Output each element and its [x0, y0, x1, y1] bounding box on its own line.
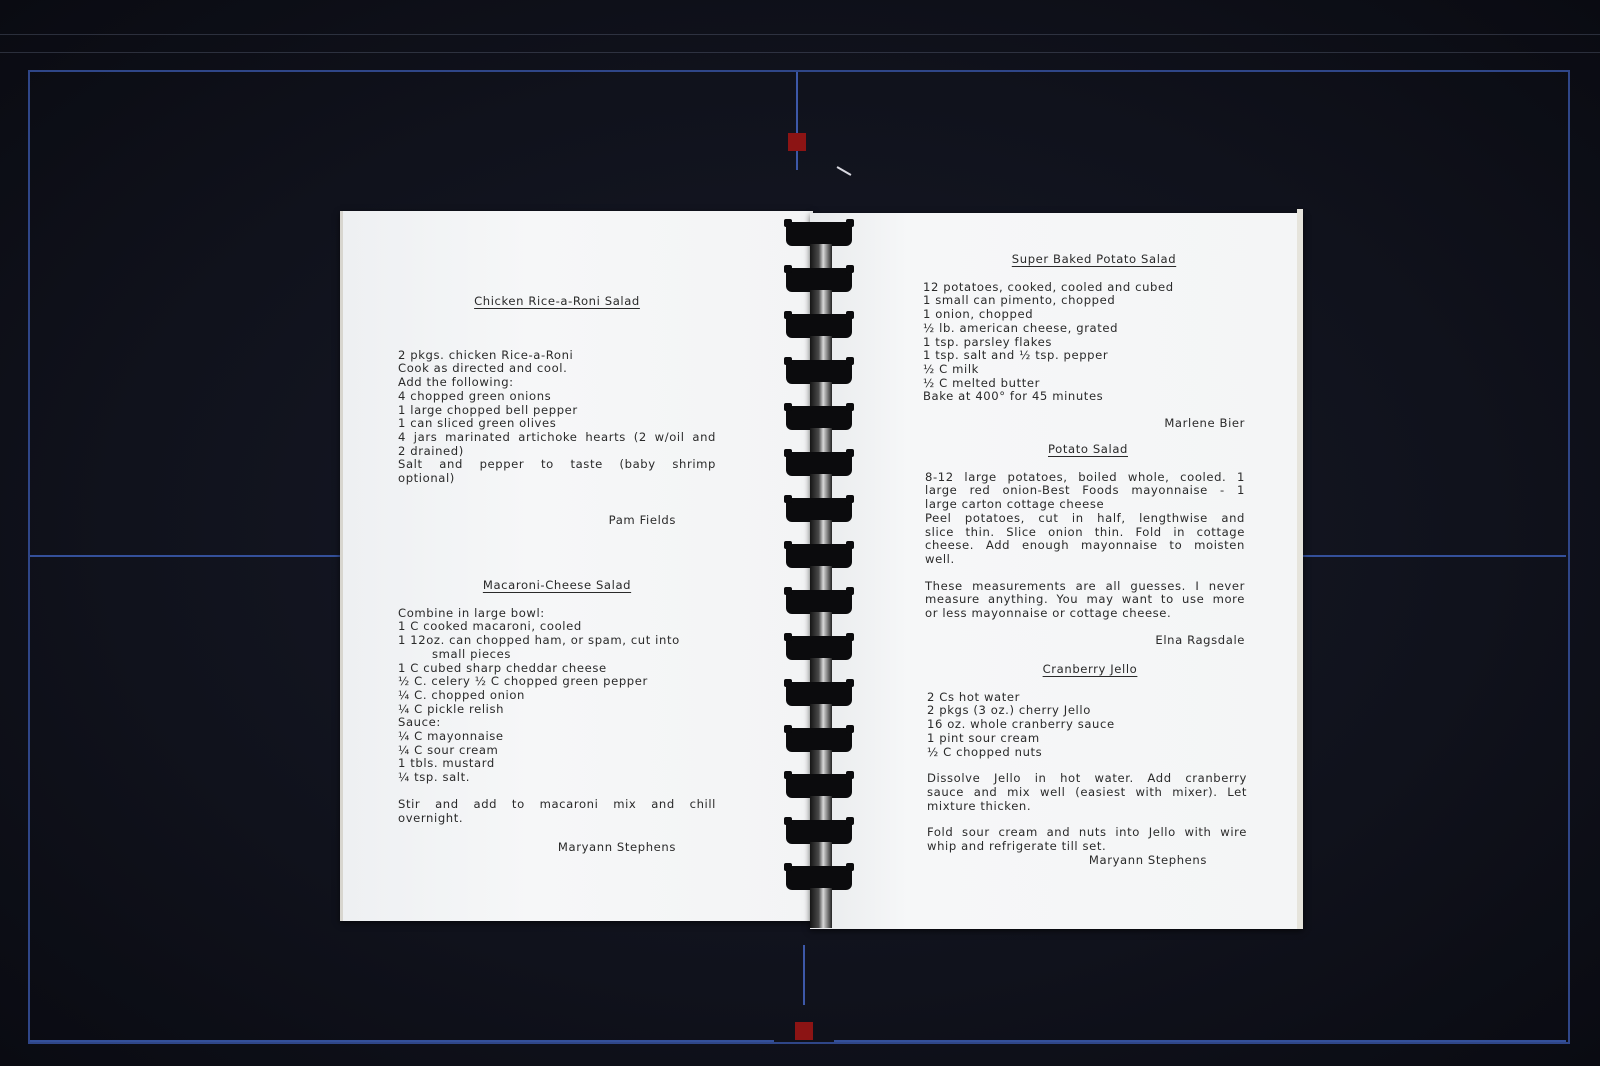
- paragraph-line: slice thin. Slice onion thin. Fold in co…: [925, 526, 1245, 540]
- ingredient-line: 1 pint sour cream: [927, 732, 1247, 746]
- paragraph-line: or less mayonnaise or cottage cheese.: [925, 607, 1245, 621]
- paragraph-line: whip and refrigerate till set.: [927, 840, 1247, 854]
- registration-marker-bottom: [795, 1022, 813, 1040]
- recipe-author: Maryann Stephens: [927, 854, 1247, 868]
- recipe-author: Marlene Bier: [923, 417, 1245, 431]
- recipe-chicken-rice-a-roni: Chicken Rice-a-Roni Salad 2 pkgs. chicke…: [398, 295, 716, 527]
- paragraph-line: Dissolve Jello in hot water. Add cranber…: [927, 772, 1247, 786]
- spiral-binding: [784, 218, 854, 923]
- frame-bottom-left: [30, 1040, 774, 1042]
- ingredient-line: ¼ C mayonnaise: [398, 730, 716, 744]
- ingredient-line: 12 potatoes, cooked, cooled and cubed: [923, 281, 1245, 295]
- ingredient-line: 2 drained): [398, 445, 716, 459]
- recipe-author: Pam Fields: [398, 514, 716, 528]
- crosshair-left: [30, 555, 340, 557]
- instruction-line: Stir and add to macaroni mix and chill: [398, 798, 716, 812]
- recipe-macaroni-cheese: Macaroni-Cheese Salad Combine in large b…: [398, 579, 716, 855]
- ingredient-line: ¼ C. chopped onion: [398, 689, 716, 703]
- scan-line: [0, 52, 1600, 53]
- crosshair-top: [796, 72, 798, 170]
- paragraph-line: These measurements are all guesses. I ne…: [925, 580, 1245, 594]
- paragraph-line: cheese. Add enough mayonnaise to moisten: [925, 539, 1245, 553]
- recipe-title: Macaroni-Cheese Salad: [398, 579, 716, 593]
- recipe-super-baked-potato-salad: Super Baked Potato Salad 12 potatoes, co…: [923, 253, 1245, 431]
- crosshair-bottom: [803, 945, 805, 1005]
- ingredient-line: ½ C milk: [923, 363, 1245, 377]
- paragraph-line: mixture thicken.: [927, 800, 1247, 814]
- ingredient-line: 1 tbls. mustard: [398, 757, 716, 771]
- ingredient-line: 1 tsp. parsley flakes: [923, 336, 1245, 350]
- ingredient-line: 1 C cubed sharp cheddar cheese: [398, 662, 716, 676]
- ingredient-line: 1 large chopped bell pepper: [398, 404, 716, 418]
- crosshair-right: [1300, 555, 1566, 557]
- frame-bottom-right: [834, 1040, 1566, 1042]
- recipe-cranberry-jello: Cranberry Jello 2 Cs hot water 2 pkgs (3…: [927, 663, 1247, 867]
- ingredient-line: ¼ C sour cream: [398, 744, 716, 758]
- recipe-author: Elna Ragsdale: [925, 634, 1245, 648]
- recipe-title: Chicken Rice-a-Roni Salad: [398, 295, 716, 309]
- ingredient-line: 1 small can pimento, chopped: [923, 294, 1245, 308]
- ingredient-line: Cook as directed and cool.: [398, 362, 716, 376]
- registration-marker-top: [788, 133, 806, 151]
- ingredient-line: Salt and pepper to taste (baby shrimp: [398, 458, 716, 472]
- ingredient-line: 2 Cs hot water: [927, 691, 1247, 705]
- paragraph-line: measure anything. You may want to use mo…: [925, 593, 1245, 607]
- right-page: Super Baked Potato Salad 12 potatoes, co…: [810, 213, 1303, 929]
- instruction-line: overnight.: [398, 812, 716, 826]
- paragraph-line: Fold sour cream and nuts into Jello with…: [927, 826, 1247, 840]
- recipe-title: Super Baked Potato Salad: [923, 253, 1245, 267]
- ingredient-line: 1 can sliced green olives: [398, 417, 716, 431]
- paragraph-line: well.: [925, 553, 1245, 567]
- ingredient-line: 1 C cooked macaroni, cooled: [398, 620, 716, 634]
- ingredient-line: ½ lb. american cheese, grated: [923, 322, 1245, 336]
- ingredient-line: optional): [398, 472, 716, 486]
- recipe-title: Cranberry Jello: [927, 663, 1247, 677]
- paragraph-line: Peel potatoes, cut in half, lengthwise a…: [925, 512, 1245, 526]
- ingredient-line: Combine in large bowl:: [398, 607, 716, 621]
- ingredient-line: 2 pkgs (3 oz.) cherry Jello: [927, 704, 1247, 718]
- ingredient-line: ¼ C pickle relish: [398, 703, 716, 717]
- paragraph-line: large carton cottage cheese: [925, 498, 1245, 512]
- ingredient-line: Add the following:: [398, 376, 716, 390]
- left-page: Chicken Rice-a-Roni Salad 2 pkgs. chicke…: [340, 211, 813, 921]
- ingredient-line: 1 12oz. can chopped ham, or spam, cut in…: [398, 634, 716, 648]
- ingredient-line: ½ C chopped nuts: [927, 746, 1247, 760]
- ingredient-line: 16 oz. whole cranberry sauce: [927, 718, 1247, 732]
- paragraph-line: large red onion-Best Foods mayonnaise - …: [925, 484, 1245, 498]
- paragraph-line: 8-12 large potatoes, boiled whole, coole…: [925, 471, 1245, 485]
- ingredient-line: 1 onion, chopped: [923, 308, 1245, 322]
- recipe-author: Maryann Stephens: [398, 841, 716, 855]
- ingredient-line: ½ C melted butter: [923, 377, 1245, 391]
- ingredient-line: 1 tsp. salt and ½ tsp. pepper: [923, 349, 1245, 363]
- ingredient-line: 4 chopped green onions: [398, 390, 716, 404]
- ingredient-line: small pieces: [398, 648, 716, 662]
- ingredient-line: 2 pkgs. chicken Rice-a-Roni: [398, 349, 716, 363]
- ingredient-line: ¼ tsp. salt.: [398, 771, 716, 785]
- scan-line: [0, 34, 1600, 35]
- paragraph-line: sauce and mix well (easiest with mixer).…: [927, 786, 1247, 800]
- recipe-potato-salad: Potato Salad 8-12 large potatoes, boiled…: [925, 443, 1245, 647]
- ingredient-line: ½ C. celery ½ C chopped green pepper: [398, 675, 716, 689]
- ingredient-line: 4 jars marinated artichoke hearts (2 w/o…: [398, 431, 716, 445]
- ingredient-line: Sauce:: [398, 716, 716, 730]
- ingredient-line: Bake at 400° for 45 minutes: [923, 390, 1245, 404]
- recipe-title: Potato Salad: [925, 443, 1245, 457]
